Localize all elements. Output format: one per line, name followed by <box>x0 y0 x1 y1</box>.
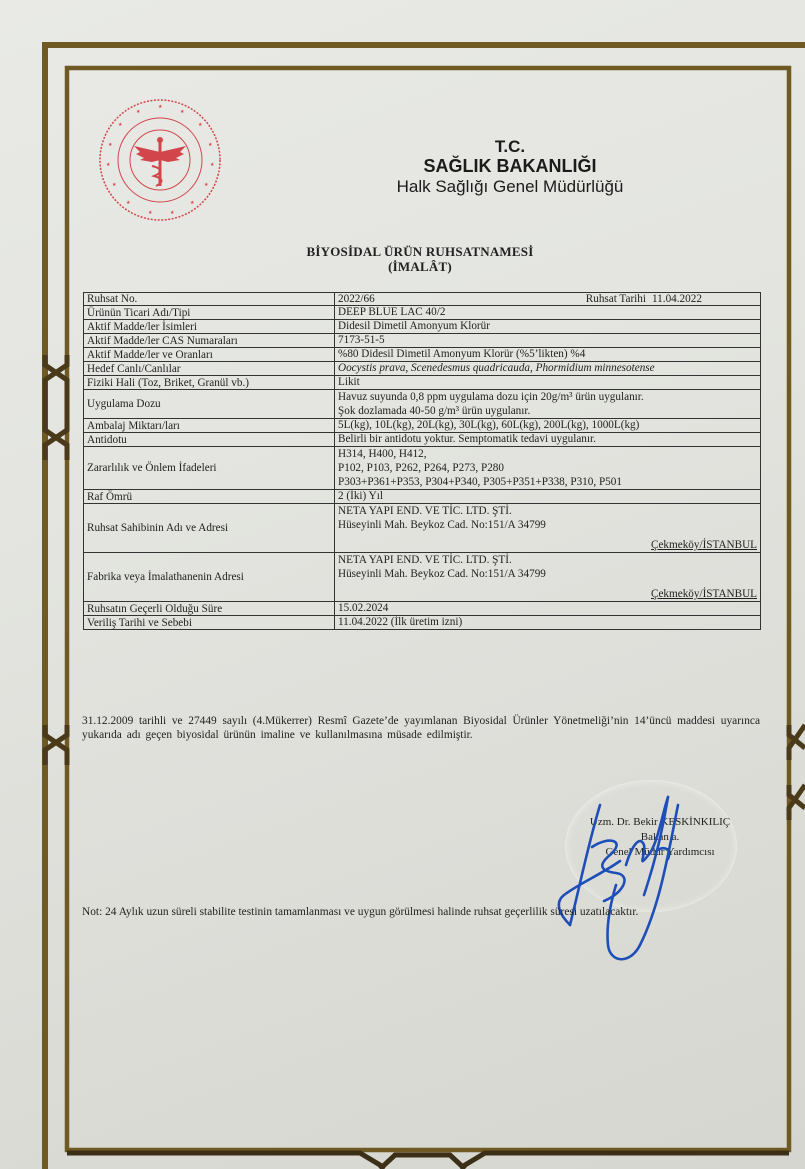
svg-text:★: ★ <box>208 142 213 148</box>
handwritten-signature <box>540 775 720 975</box>
legal-basis-text: 31.12.2009 tarihli ve 27449 sayılı (4.Mü… <box>82 714 760 742</box>
row-value-line: Likit <box>338 376 757 389</box>
row-value-line: 7173-51-5 <box>338 334 757 347</box>
row-value: DEEP BLUE LAC 40/2 <box>335 306 761 320</box>
row-label: Fabrika veya İmalathanenin Adresi <box>84 553 335 602</box>
row-label: Uygulama Dozu <box>84 390 335 419</box>
row-label: Ambalaj Miktarı/ları <box>84 419 335 433</box>
row-label: Zararlılık ve Önlem İfadeleri <box>84 447 335 490</box>
document-subtitle: (İMALÂT) <box>230 259 610 275</box>
license-number: 2022/66 <box>335 293 426 305</box>
table-row: Ruhsat Sahibinin Adı ve AdresiNETA YAPI … <box>84 504 761 553</box>
row-label: Aktif Madde/ler CAS Numaraları <box>84 334 335 348</box>
ministry-logo: ★★★ ★★★ ★★★ ★★★ ★★★ <box>96 96 224 224</box>
table-row: Ambalaj Miktarı/ları5L(kg), 10L(kg), 20L… <box>84 419 761 433</box>
row-label: Ürünün Ticari Adı/Tipi <box>84 306 335 320</box>
table-row: Hedef Canlı/CanlılarOocystis prava, Scen… <box>84 362 761 376</box>
row-label: Antidotu <box>84 433 335 447</box>
row-value-line: 11.04.2022 (İlk üretim izni) <box>338 616 757 629</box>
row-value: NETA YAPI END. VE TİC. LTD. ŞTİ.Hüseyinl… <box>335 504 761 553</box>
row-value: 2 (İki) Yıl <box>335 490 761 504</box>
header-republic: T.C. <box>340 137 680 157</box>
row-value: 5L(kg), 10L(kg), 20L(kg), 30L(kg), 60L(k… <box>335 419 761 433</box>
row-value: 11.04.2022 (İlk üretim izni) <box>335 616 761 630</box>
svg-text:★: ★ <box>190 200 195 206</box>
row-value: Likit <box>335 376 761 390</box>
validity-note: Not: 24 Aylık uzun süreli stabilite test… <box>82 905 760 919</box>
svg-text:★: ★ <box>204 182 209 188</box>
row-value-line: Havuz suyunda 0,8 ppm uygulama dozu için… <box>338 390 757 404</box>
table-row: Zararlılık ve Önlem İfadeleriH314, H400,… <box>84 447 761 490</box>
svg-text:★: ★ <box>126 200 131 206</box>
row-value-line: Didesil Dimetil Amonyum Klorür <box>338 320 757 333</box>
row-value: 7173-51-5 <box>335 334 761 348</box>
svg-text:★: ★ <box>180 109 185 115</box>
row-value-line: 5L(kg), 10L(kg), 20L(kg), 30L(kg), 60L(k… <box>338 419 757 432</box>
header-ministry: SAĞLIK BAKANLIĞI <box>340 156 680 177</box>
row-value: Belirli bir antidotu yoktur. Semptomatik… <box>335 433 761 447</box>
license-table: Ruhsat No. 2022/66 Ruhsat Tarihi 11.04.2… <box>83 292 761 630</box>
row-label: Veriliş Tarihi ve Sebebi <box>84 616 335 630</box>
table-row: Ruhsat No. 2022/66 Ruhsat Tarihi 11.04.2… <box>84 293 761 306</box>
row-label: Fiziki Hali (Toz, Briket, Granül vb.) <box>84 376 335 390</box>
row-value-line: P303+P361+P353, P304+P340, P305+P351+P33… <box>338 475 757 489</box>
table-row: Aktif Madde/ler İsimleriDidesil Dimetil … <box>84 320 761 334</box>
row-value-line: DEEP BLUE LAC 40/2 <box>338 306 757 319</box>
svg-text:★: ★ <box>210 162 215 168</box>
row-value-line: H314, H400, H412, <box>338 447 757 461</box>
row-value-city: Çekmeköy/İSTANBUL <box>338 587 757 601</box>
row-value-city: Çekmeköy/İSTANBUL <box>338 538 757 552</box>
table-row: Veriliş Tarihi ve Sebebi11.04.2022 (İlk … <box>84 616 761 630</box>
table-row: Ürünün Ticari Adı/TipiDEEP BLUE LAC 40/2 <box>84 306 761 320</box>
row-value-line: 2 (İki) Yıl <box>338 490 757 503</box>
svg-text:★: ★ <box>198 122 203 128</box>
row-value-line: Şok dozlamada 40-50 g/m³ ürün uygulanır. <box>338 404 757 418</box>
table-row: Fabrika veya İmalathanenin AdresiNETA YA… <box>84 553 761 602</box>
svg-text:★: ★ <box>118 122 123 128</box>
row-value: %80 Didesil Dimetil Amonyum Klorür (%5’l… <box>335 348 761 362</box>
row-label: Aktif Madde/ler İsimleri <box>84 320 335 334</box>
row-label: Raf Ömrü <box>84 490 335 504</box>
svg-text:★: ★ <box>108 142 113 148</box>
svg-text:★: ★ <box>112 182 117 188</box>
table-row: Aktif Madde/ler CAS Numaraları7173-51-5 <box>84 334 761 348</box>
row-value-line: Belirli bir antidotu yoktur. Semptomatik… <box>338 433 757 446</box>
table-row: AntidotuBelirli bir antidotu yoktur. Sem… <box>84 433 761 447</box>
row-value-line: P102, P103, P262, P264, P273, P280 <box>338 461 757 475</box>
row-value-line: NETA YAPI END. VE TİC. LTD. ŞTİ. <box>338 553 757 567</box>
license-date-label: Ruhsat Tarihi <box>426 293 649 305</box>
table-row: Raf Ömrü2 (İki) Yıl <box>84 490 761 504</box>
row-value-line: Hüseyinli Mah. Beykoz Cad. No:151/A 3479… <box>338 567 757 581</box>
svg-text:★: ★ <box>170 210 175 216</box>
row-value: Oocystis prava, Scenedesmus quadricauda,… <box>335 362 761 376</box>
svg-text:★: ★ <box>136 109 141 115</box>
row-label: Ruhsat No. <box>84 293 335 306</box>
header-department: Halk Sağlığı Genel Müdürlüğü <box>340 177 680 197</box>
row-value: 15.02.2024 <box>335 602 761 616</box>
table-row: Ruhsatın Geçerli Olduğu Süre15.02.2024 <box>84 602 761 616</box>
row-label: Ruhsatın Geçerli Olduğu Süre <box>84 602 335 616</box>
row-value-line: Oocystis prava, Scenedesmus quadricauda,… <box>338 362 757 375</box>
license-date: 11.04.2022 <box>649 293 760 305</box>
svg-text:★: ★ <box>106 162 111 168</box>
table-row: Uygulama DozuHavuz suyunda 0,8 ppm uygul… <box>84 390 761 419</box>
row-value-line: %80 Didesil Dimetil Amonyum Klorür (%5’l… <box>338 348 757 361</box>
row-label: Aktif Madde/ler ve Oranları <box>84 348 335 362</box>
row-label: Hedef Canlı/Canlılar <box>84 362 335 376</box>
table-row: Aktif Madde/ler ve Oranları%80 Didesil D… <box>84 348 761 362</box>
row-label: Ruhsat Sahibinin Adı ve Adresi <box>84 504 335 553</box>
row-value-line: 15.02.2024 <box>338 602 757 615</box>
svg-text:★: ★ <box>158 104 163 110</box>
row-value: NETA YAPI END. VE TİC. LTD. ŞTİ.Hüseyinl… <box>335 553 761 602</box>
row-value: Havuz suyunda 0,8 ppm uygulama dozu için… <box>335 390 761 419</box>
row-value: H314, H400, H412,P102, P103, P262, P264,… <box>335 447 761 490</box>
document-title: BİYOSİDAL ÜRÜN RUHSATNAMESİ <box>230 244 610 260</box>
table-row: Fiziki Hali (Toz, Briket, Granül vb.)Lik… <box>84 376 761 390</box>
row-value: Didesil Dimetil Amonyum Klorür <box>335 320 761 334</box>
row-value-line: NETA YAPI END. VE TİC. LTD. ŞTİ. <box>338 504 757 518</box>
row-value-line: Hüseyinli Mah. Beykoz Cad. No:151/A 3479… <box>338 518 757 532</box>
svg-text:★: ★ <box>148 210 153 216</box>
